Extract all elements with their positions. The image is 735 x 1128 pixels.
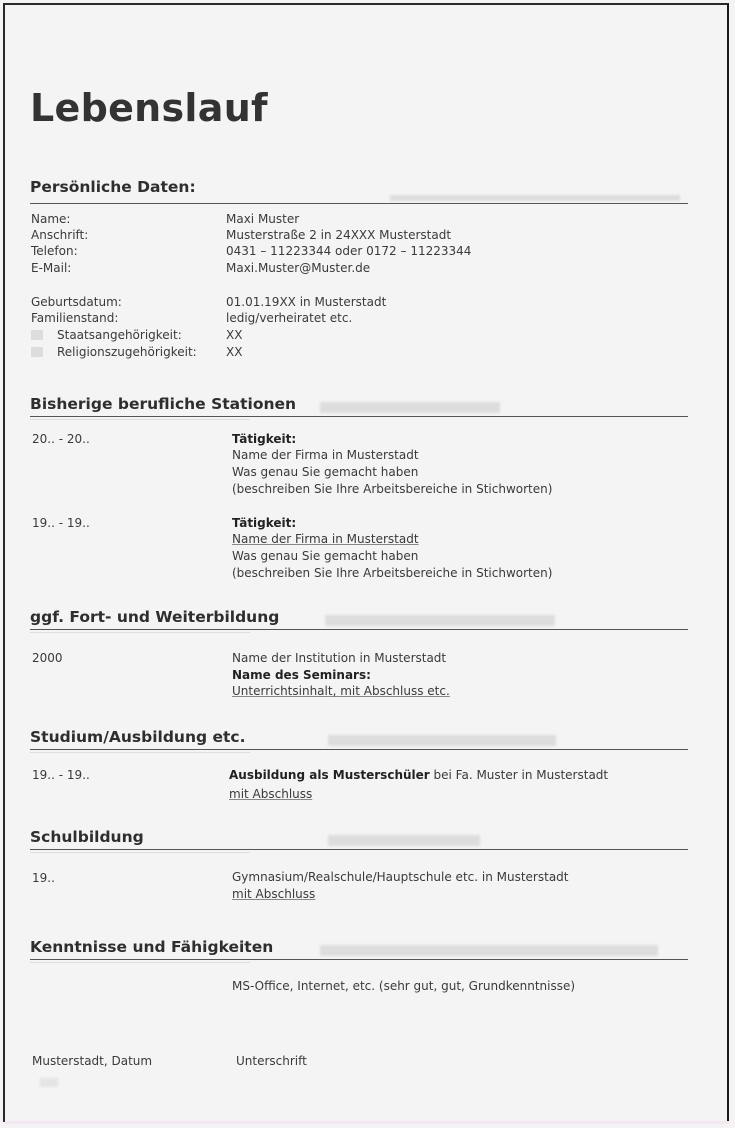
section-career: Bisherige berufliche Stationen xyxy=(30,391,688,417)
section-heading: ggf. Fort- und Weiterbildung xyxy=(30,608,279,626)
section-school: Schulbildung xyxy=(30,824,688,850)
study-employer: bei Fa. Muster in Musterstadt xyxy=(430,768,608,782)
value-email: Maxi.Muster@Muster.de xyxy=(226,260,370,277)
study-degree: mit Abschluss xyxy=(229,786,312,803)
section-rule xyxy=(30,849,688,850)
faded-text xyxy=(328,835,480,846)
section-heading: Kenntnisse und Fähigkeiten xyxy=(30,938,273,956)
label-email: E-Mail: xyxy=(31,260,71,277)
label-address: Anschrift: xyxy=(31,227,88,244)
signature: Unterschrift xyxy=(236,1053,307,1070)
career-company: Name der Firma in Musterstadt xyxy=(232,447,419,464)
section-heading: Studium/Ausbildung etc. xyxy=(30,728,246,746)
section-training: ggf. Fort- und Weiterbildung xyxy=(30,604,688,630)
document-title: Lebenslauf xyxy=(30,86,268,130)
career-date: 20.. - 20.. xyxy=(32,431,90,448)
label-religion: Religionszugehörigkeit: xyxy=(57,345,197,359)
bullet-icon xyxy=(31,347,43,357)
section-skills: Kenntnisse und Fähigkeiten xyxy=(30,934,688,960)
section-rule xyxy=(30,749,688,750)
career-note: (beschreiben Sie Ihre Arbeitsbereiche in… xyxy=(232,565,552,582)
section-heading: Schulbildung xyxy=(30,828,144,846)
section-rule-shadow xyxy=(30,852,250,853)
label-name: Name: xyxy=(31,211,70,228)
training-seminar: Name des Seminars: xyxy=(232,667,371,684)
label-phone: Telefon: xyxy=(31,243,78,260)
training-date: 2000 xyxy=(32,650,63,667)
career-description: Was genau Sie gemacht haben xyxy=(232,548,418,565)
section-personal-data: Persönliche Daten: xyxy=(30,174,688,200)
bullet-icon xyxy=(31,330,43,340)
label-nationality: Staatsangehörigkeit: xyxy=(57,328,182,342)
career-title: Tätigkeit: xyxy=(232,431,296,448)
faded-text xyxy=(325,615,555,626)
section-rule-shadow xyxy=(30,752,250,753)
career-title: Tätigkeit: xyxy=(232,515,296,532)
value-name: Maxi Muster xyxy=(226,211,299,228)
faded-text xyxy=(40,1078,58,1087)
value-nationality: XX xyxy=(226,327,242,344)
page-bottom-edge xyxy=(5,1121,729,1124)
career-description: Was genau Sie gemacht haben xyxy=(232,464,418,481)
value-phone: 0431 – 11223344 oder 0172 – 11223344 xyxy=(226,243,471,260)
faded-text xyxy=(320,402,500,413)
value-birthdate: 01.01.19XX in Musterstadt xyxy=(226,294,386,311)
section-heading: Bisherige berufliche Stationen xyxy=(30,395,296,413)
school-type: Gymnasium/Realschule/Hauptschule etc. in… xyxy=(232,869,569,886)
study-line: Ausbildung als Musterschüler bei Fa. Mus… xyxy=(229,767,608,784)
section-rule-shadow xyxy=(30,962,250,963)
section-rule xyxy=(30,203,688,204)
label-marital-status: Familienstand: xyxy=(31,310,118,327)
school-degree: mit Abschluss xyxy=(232,886,315,903)
study-title: Ausbildung als Musterschüler xyxy=(229,768,430,782)
section-rule xyxy=(30,416,688,417)
skills-text: MS-Office, Internet, etc. (sehr gut, gut… xyxy=(232,978,575,995)
row-religion: Religionszugehörigkeit: xyxy=(31,344,197,361)
career-note: (beschreiben Sie Ihre Arbeitsbereiche in… xyxy=(232,481,552,498)
career-company: Name der Firma in Musterstadt xyxy=(232,531,419,548)
value-marital-status: ledig/verheiratet etc. xyxy=(226,310,352,327)
section-rule xyxy=(30,959,688,960)
place-date: Musterstadt, Datum xyxy=(32,1053,152,1070)
faded-text xyxy=(390,195,680,201)
school-date: 19.. xyxy=(32,870,55,887)
section-study: Studium/Ausbildung etc. xyxy=(30,724,688,750)
training-institution: Name der Institution in Musterstadt xyxy=(232,650,446,667)
value-address: Musterstraße 2 in 24XXX Musterstadt xyxy=(226,227,451,244)
section-rule-shadow xyxy=(30,419,250,420)
faded-text xyxy=(328,735,556,746)
section-rule xyxy=(30,629,688,630)
career-date: 19.. - 19.. xyxy=(32,515,90,532)
training-content: Unterrichtsinhalt, mit Abschluss etc. xyxy=(232,683,450,700)
row-nationality: Staatsangehörigkeit: xyxy=(31,327,182,344)
label-birthdate: Geburtsdatum: xyxy=(31,294,122,311)
faded-text xyxy=(320,945,658,956)
section-heading: Persönliche Daten: xyxy=(30,178,196,196)
section-rule-shadow xyxy=(30,632,250,633)
study-date: 19.. - 19.. xyxy=(32,767,90,784)
value-religion: XX xyxy=(226,344,242,361)
